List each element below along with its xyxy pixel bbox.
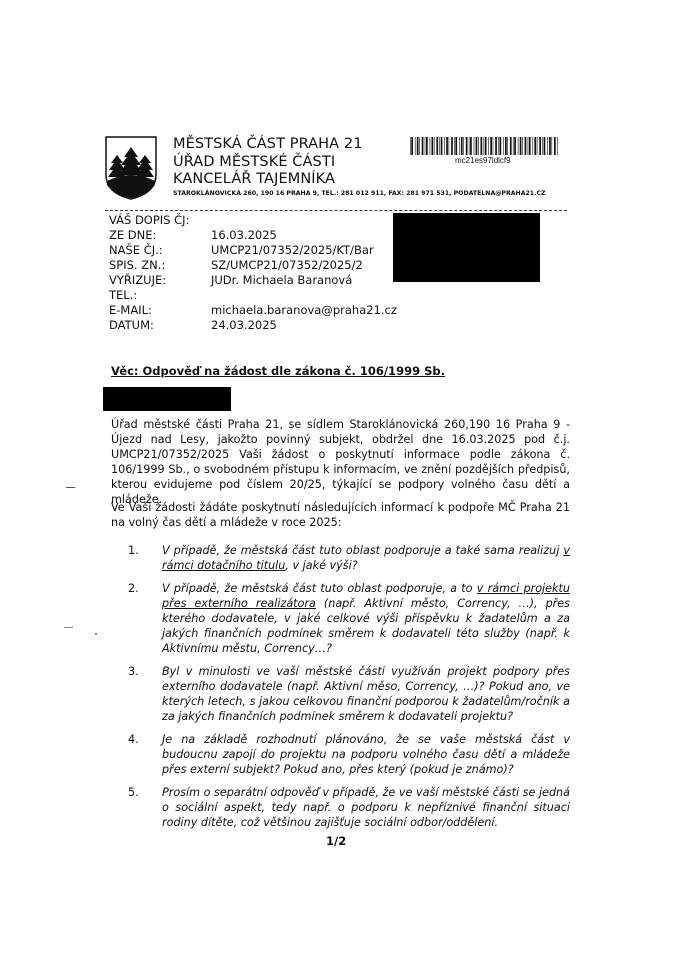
reference-label: ZE DNE: [109,228,211,243]
question-number: 4. [111,732,154,777]
reference-value: JUDr. Michaela Baranová [211,273,352,288]
reference-value: 16.03.2025 [211,228,277,243]
reference-row: DATUM:24.03.2025 [109,318,397,333]
barcode-icon [410,137,560,155]
question-text-part: V případě, že městská část tuto oblast p… [162,544,563,557]
question-text-part: , v jaké výši? [285,559,357,572]
reference-value: michaela.baranova@praha21.cz [211,303,397,318]
question-number: 1. [111,543,154,573]
redacted-recipient-address [393,213,540,282]
reference-label: NAŠE ČJ.: [109,243,211,258]
question-text-part: Prosím o separátní odpověď v případě, že… [162,786,570,829]
reference-label: SPIS. ZN.: [109,258,211,273]
reference-label: DATUM: [109,318,211,333]
question-item: 3.Byl v minulosti ve vaší městské části … [111,664,570,724]
org-department: KANCELÁŘ TAJEMNÍKA [173,171,335,187]
reference-row: NAŠE ČJ.:UMCP21/07352/2025/KT/Bar [109,243,397,258]
reference-row: TEL.: [109,288,397,303]
reference-value: 24.03.2025 [211,318,277,333]
request-paragraph: Ve Vaší žádosti žádáte poskytnutí násled… [111,500,570,530]
intro-paragraph: Úřad městské části Praha 21, se sídlem S… [111,417,570,507]
reference-row: ZE DNE:16.03.2025 [109,228,397,243]
question-item: 2.V případě, že městská část tuto oblast… [111,581,570,656]
reference-row: VYŘIZUJE:JUDr. Michaela Baranová [109,273,397,288]
question-list: 1.V případě, že městská část tuto oblast… [111,543,570,838]
reference-row: E-MAIL:michaela.baranova@praha21.cz [109,303,397,318]
question-text: Byl v minulosti ve vaší městské části vy… [154,664,570,724]
question-text-part: Byl v minulosti ve vaší městské části vy… [162,665,570,723]
reference-row: VÁŠ DOPIS ČJ: [109,213,397,228]
reference-label: VYŘIZUJE: [109,273,211,288]
question-item: 5.Prosím o separátní odpověď v případě, … [111,785,570,830]
reference-label: VÁŠ DOPIS ČJ: [109,213,211,228]
question-text: V případě, že městská část tuto oblast p… [154,581,570,656]
question-text-part: V případě, že městská část tuto oblast p… [162,582,477,595]
subject-line: Věc: Odpověď na žádost dle zákona č. 106… [111,364,445,378]
reference-label: TEL.: [109,288,211,303]
question-text: Je na základě rozhodnutí plánováno, že s… [154,732,570,777]
barcode-text: mc21es97ldlcf9 [455,156,511,165]
question-item: 4.Je na základě rozhodnutí plánováno, že… [111,732,570,777]
question-text-part: Je na základě rozhodnutí plánováno, že s… [162,733,570,776]
question-text: Prosím o separátní odpověď v případě, že… [154,785,570,830]
margin-mark [66,487,75,488]
redacted-salutation [103,387,231,411]
header-divider [105,210,567,211]
question-number: 5. [111,785,154,830]
question-number: 2. [111,581,154,656]
reference-label: E-MAIL: [109,303,211,318]
page-number: 1/2 [326,834,346,848]
reference-value: SZ/UMCP21/07352/2025/2 [211,258,363,273]
org-address: STAROKLÁNOVICKÁ 260, 190 16 PRAHA 9, TEL… [173,190,545,197]
coat-of-arms-trees-icon [104,135,158,201]
reference-row: SPIS. ZN.:SZ/UMCP21/07352/2025/2 [109,258,397,273]
question-item: 1.V případě, že městská část tuto oblast… [111,543,570,573]
margin-mark [64,627,73,628]
question-number: 3. [111,664,154,724]
question-text: V případě, že městská část tuto oblast p… [154,543,570,573]
margin-mark [95,633,97,635]
org-name: MĚSTSKÁ ČÁST PRAHA 21 [173,136,363,152]
org-office: ÚŘAD MĚSTSKÉ ČÁSTI [173,154,335,170]
reference-value: UMCP21/07352/2025/KT/Bar [211,243,374,258]
reference-block: VÁŠ DOPIS ČJ:ZE DNE:16.03.2025NAŠE ČJ.:U… [109,213,397,333]
